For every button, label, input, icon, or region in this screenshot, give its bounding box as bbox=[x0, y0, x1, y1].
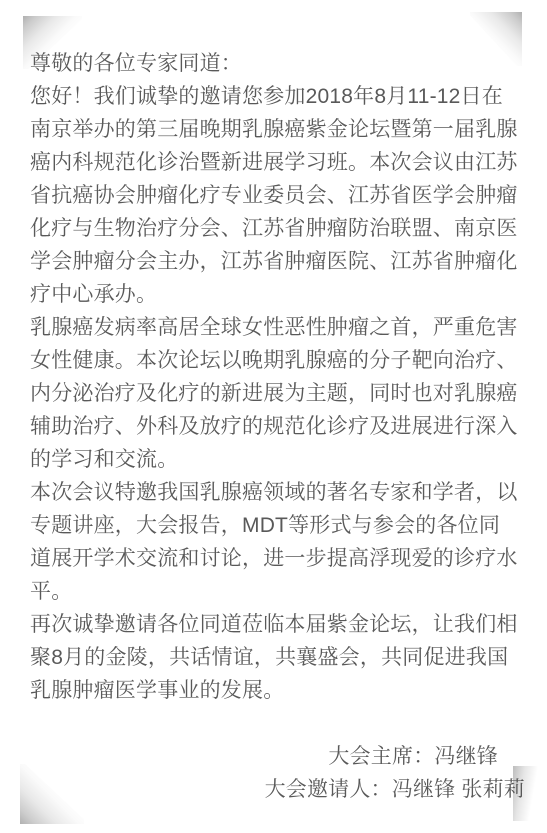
signature-inviter-line: 大会邀请人：冯继锋 张莉莉 bbox=[30, 773, 525, 806]
letter-line: 您好！我们诚挚的邀请您参加2018年8月11-12日在 bbox=[30, 80, 525, 113]
letter-line: 学会肿瘤分会主办，江苏省肿瘤医院、江苏省肿瘤化 bbox=[30, 245, 525, 278]
invitation-letter-page: 尊敬的各位专家同道：您好！我们诚挚的邀请您参加2018年8月11-12日在南京举… bbox=[0, 0, 547, 833]
letter-line: 尊敬的各位专家同道： bbox=[30, 47, 525, 80]
letter-line: 平。 bbox=[30, 575, 525, 608]
letter-line: 南京举办的第三届晚期乳腺癌紫金论坛暨第一届乳腺 bbox=[30, 113, 525, 146]
letter-line: 乳腺肿瘤医学事业的发展。 bbox=[30, 674, 525, 707]
letter-lines: 尊敬的各位专家同道：您好！我们诚挚的邀请您参加2018年8月11-12日在南京举… bbox=[30, 47, 525, 707]
letter-line: 省抗癌协会肿瘤化疗专业委员会、江苏省医学会肿瘤 bbox=[30, 179, 525, 212]
letter-line: 本次会议特邀我国乳腺癌领域的著名专家和学者，以 bbox=[30, 476, 525, 509]
letter-line: 道展开学术交流和讨论，进一步提高浮现爱的诊疗水 bbox=[30, 542, 525, 575]
letter-line: 化疗与生物治疗分会、江苏省肿瘤防治联盟、南京医 bbox=[30, 212, 525, 245]
letter-line: 聚8月的金陵，共话情谊，共襄盛会，共同促进我国 bbox=[30, 641, 525, 674]
letter-line: 癌内科规范化诊治暨新进展学习班。本次会议由江苏 bbox=[30, 146, 525, 179]
letter-line: 专题讲座，大会报告，MDT等形式与参会的各位同 bbox=[30, 509, 525, 542]
signature-block: 大会主席：冯继锋 大会邀请人：冯继锋 张莉莉 bbox=[30, 740, 525, 806]
letter-line: 疗中心承办。 bbox=[30, 278, 525, 311]
letter-line: 乳腺癌发病率高居全球女性恶性肿瘤之首，严重危害 bbox=[30, 311, 525, 344]
letter-line: 的学习和交流。 bbox=[30, 443, 525, 476]
signature-chair-line: 大会主席：冯继锋 bbox=[30, 740, 525, 773]
letter-line: 女性健康。本次论坛以晚期乳腺癌的分子靶向治疗、 bbox=[30, 344, 525, 377]
letter-body: 尊敬的各位专家同道：您好！我们诚挚的邀请您参加2018年8月11-12日在南京举… bbox=[30, 47, 525, 806]
letter-line: 内分泌治疗及化疗的新进展为主题，同时也对乳腺癌 bbox=[30, 377, 525, 410]
letter-line: 辅助治疗、外科及放疗的规范化诊疗及进展进行深入 bbox=[30, 410, 525, 443]
letter-line: 再次诚挚邀请各位同道莅临本届紫金论坛，让我们相 bbox=[30, 608, 525, 641]
